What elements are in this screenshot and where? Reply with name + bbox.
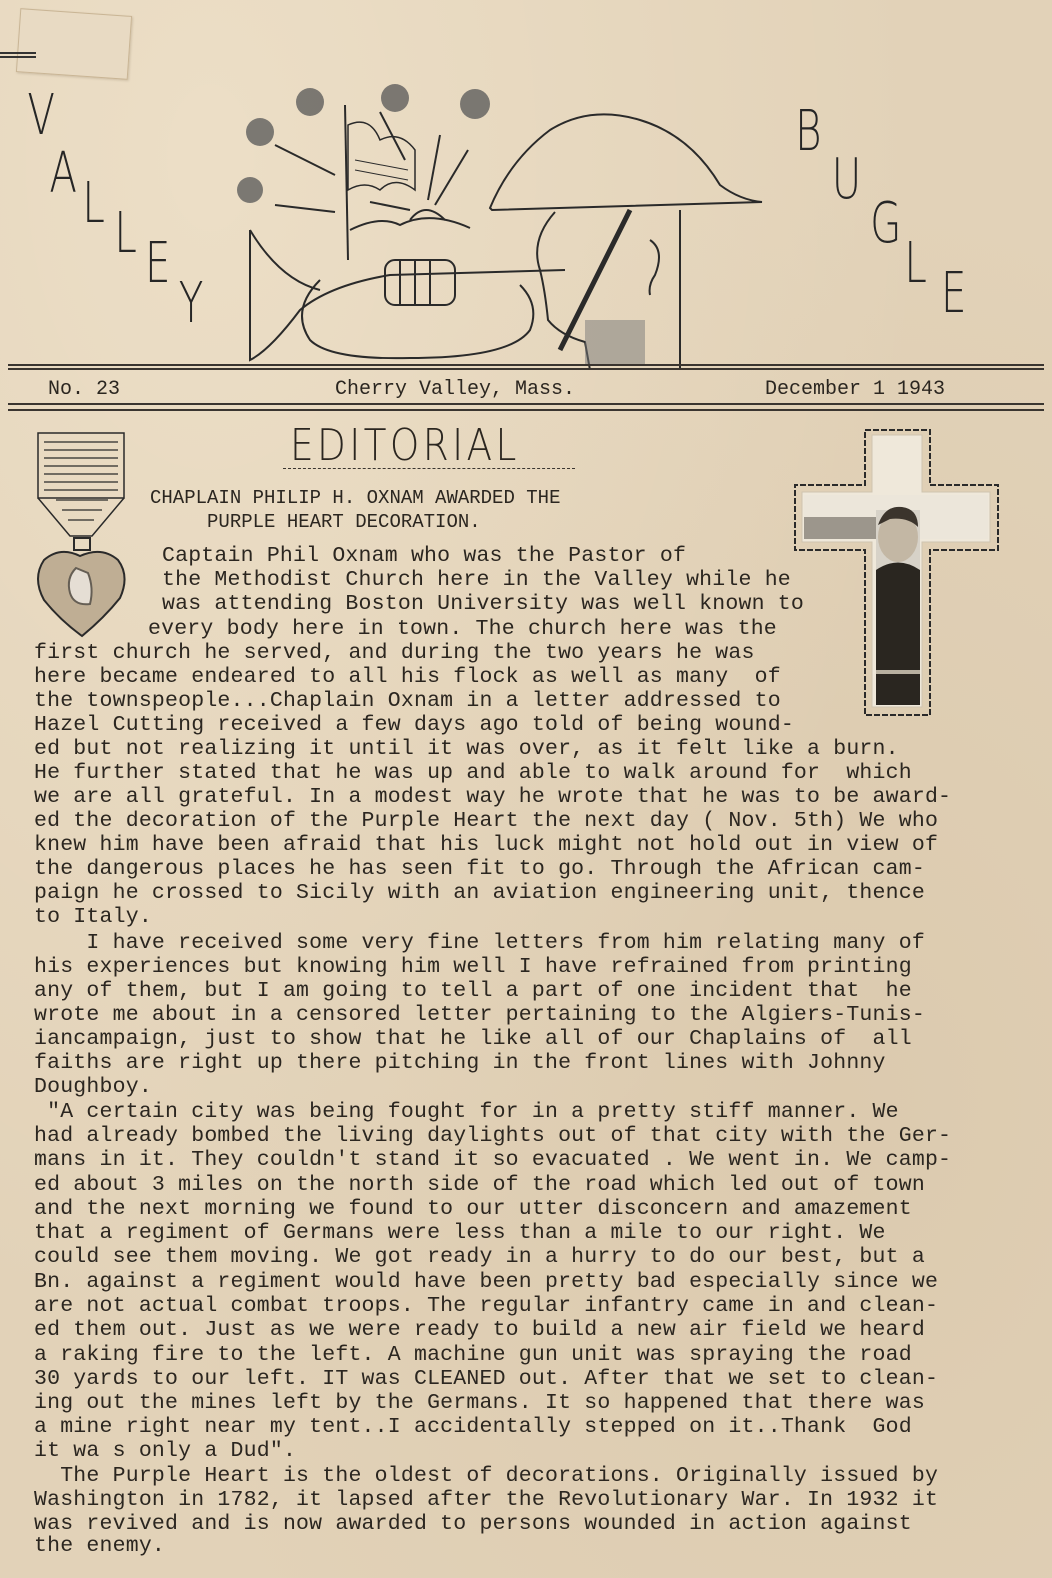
body-line: Bn. against a regiment would have been p…: [34, 1270, 938, 1294]
body-line: ed them out. Just as we were ready to bu…: [34, 1318, 925, 1342]
body-line: The Purple Heart is the oldest of decora…: [34, 1464, 938, 1488]
article-headline: CHAPLAIN PHILIP H. OXNAM AWARDED THE PUR…: [150, 486, 560, 534]
body-line: here became endeared to all his flock as…: [34, 665, 781, 689]
body-line: ing out the mines left by the Germans. I…: [34, 1391, 925, 1415]
body-line: Washington in 1782, it lapsed after the …: [34, 1488, 938, 1512]
body-line: ed the decoration of the Purple Heart th…: [34, 809, 938, 833]
section-title: EDITORIAL: [290, 420, 520, 471]
body-line: that a regiment of Germans were less tha…: [34, 1221, 886, 1245]
body-line: are not actual combat troops. The regula…: [34, 1294, 938, 1318]
body-line: a mine right near my tent..I accidentall…: [34, 1415, 912, 1439]
body-line: could see them moving. We got ready in a…: [34, 1245, 925, 1269]
body-line: and the next morning we found to our utt…: [34, 1197, 912, 1221]
headline-line-2: PURPLE HEART DECORATION.: [150, 511, 481, 533]
body-line: the dangerous places he has seen fit to …: [34, 857, 925, 881]
body-line: faiths are right up there pitching in th…: [34, 1051, 886, 1075]
issue-number: No. 23: [48, 378, 120, 401]
body-line: we are all grateful. In a modest way he …: [34, 785, 951, 809]
body-line: any of them, but I am going to tell a pa…: [34, 979, 912, 1003]
body-line: Captain Phil Oxnam who was the Pastor of: [162, 544, 686, 568]
dateline-rule: [8, 409, 1044, 411]
chaplain-photo-cross: [790, 425, 1000, 720]
masthead-rule: [8, 368, 1044, 370]
body-line: first church he served, and during the t…: [34, 641, 755, 665]
body-line: iancampaign, just to show that he like a…: [34, 1027, 912, 1051]
dateline-rule: [8, 403, 1044, 405]
body-line: was revived and is now awarded to person…: [34, 1512, 912, 1536]
masthead-letter: Y: [179, 276, 204, 332]
body-line: mans in it. They couldn't stand it so ev…: [34, 1148, 951, 1172]
body-line: Hazel Cutting received a few days ago to…: [34, 713, 794, 737]
masthead-letter: G: [870, 196, 901, 252]
masthead-rule: [8, 364, 1044, 366]
headline-line-1: CHAPLAIN PHILIP H. OXNAM AWARDED THE: [150, 487, 560, 509]
bugler-illustration: [230, 80, 770, 370]
masthead-letter: E: [941, 266, 966, 322]
body-line: 30 yards to our left. IT was CLEANED out…: [34, 1367, 938, 1391]
body-line: ed about 3 miles on the north side of th…: [34, 1173, 925, 1197]
cross-photo-frame: [790, 425, 1000, 720]
body-line: He further stated that he was up and abl…: [34, 761, 912, 785]
masthead-letter: E: [145, 236, 170, 292]
masthead: V A L L E Y B U G L E: [0, 0, 1052, 368]
body-line: the enemy.: [34, 1534, 165, 1558]
masthead-letter: U: [832, 152, 862, 208]
body-line: had already bombed the living daylights …: [34, 1124, 951, 1148]
masthead-letter: L: [904, 236, 926, 292]
masthead-letter: L: [114, 206, 136, 262]
body-line: "A certain city was being fought for in …: [34, 1100, 899, 1124]
body-line: the townspeople...Chaplain Oxnam in a le…: [34, 689, 781, 713]
body-line: it wa s only a Dud".: [34, 1439, 296, 1463]
body-line: paign he crossed to Sicily with an aviat…: [34, 881, 925, 905]
masthead-letter: B: [795, 104, 821, 160]
body-line: knew him have been afraid that his luck …: [34, 833, 938, 857]
body-line: the Methodist Church here in the Valley …: [162, 568, 791, 592]
body-line: a raking fire to the left. A machine gun…: [34, 1343, 912, 1367]
dateline: No. 23 Cherry Valley, Mass. December 1 1…: [0, 378, 1052, 404]
body-line: Doughboy.: [34, 1075, 152, 1099]
masthead-letter: A: [49, 146, 77, 202]
body-line: was attending Boston University was well…: [162, 592, 804, 616]
section-title-underline: [283, 468, 575, 469]
issue-date: December 1 1943: [765, 378, 945, 401]
masthead-letter: L: [82, 176, 104, 232]
location: Cherry Valley, Mass.: [335, 378, 575, 401]
body-line: ed but not realizing it until it was ove…: [34, 737, 899, 761]
body-line: every body here in town. The church here…: [148, 617, 777, 641]
body-line: his experiences but knowing him well I h…: [34, 955, 912, 979]
purple-heart-medal-image: [30, 428, 140, 643]
body-line: wrote me about in a censored letter pert…: [34, 1003, 925, 1027]
body-line: to Italy.: [34, 905, 152, 929]
masthead-letter: V: [27, 88, 55, 144]
body-line: I have received some very fine letters f…: [34, 931, 925, 955]
